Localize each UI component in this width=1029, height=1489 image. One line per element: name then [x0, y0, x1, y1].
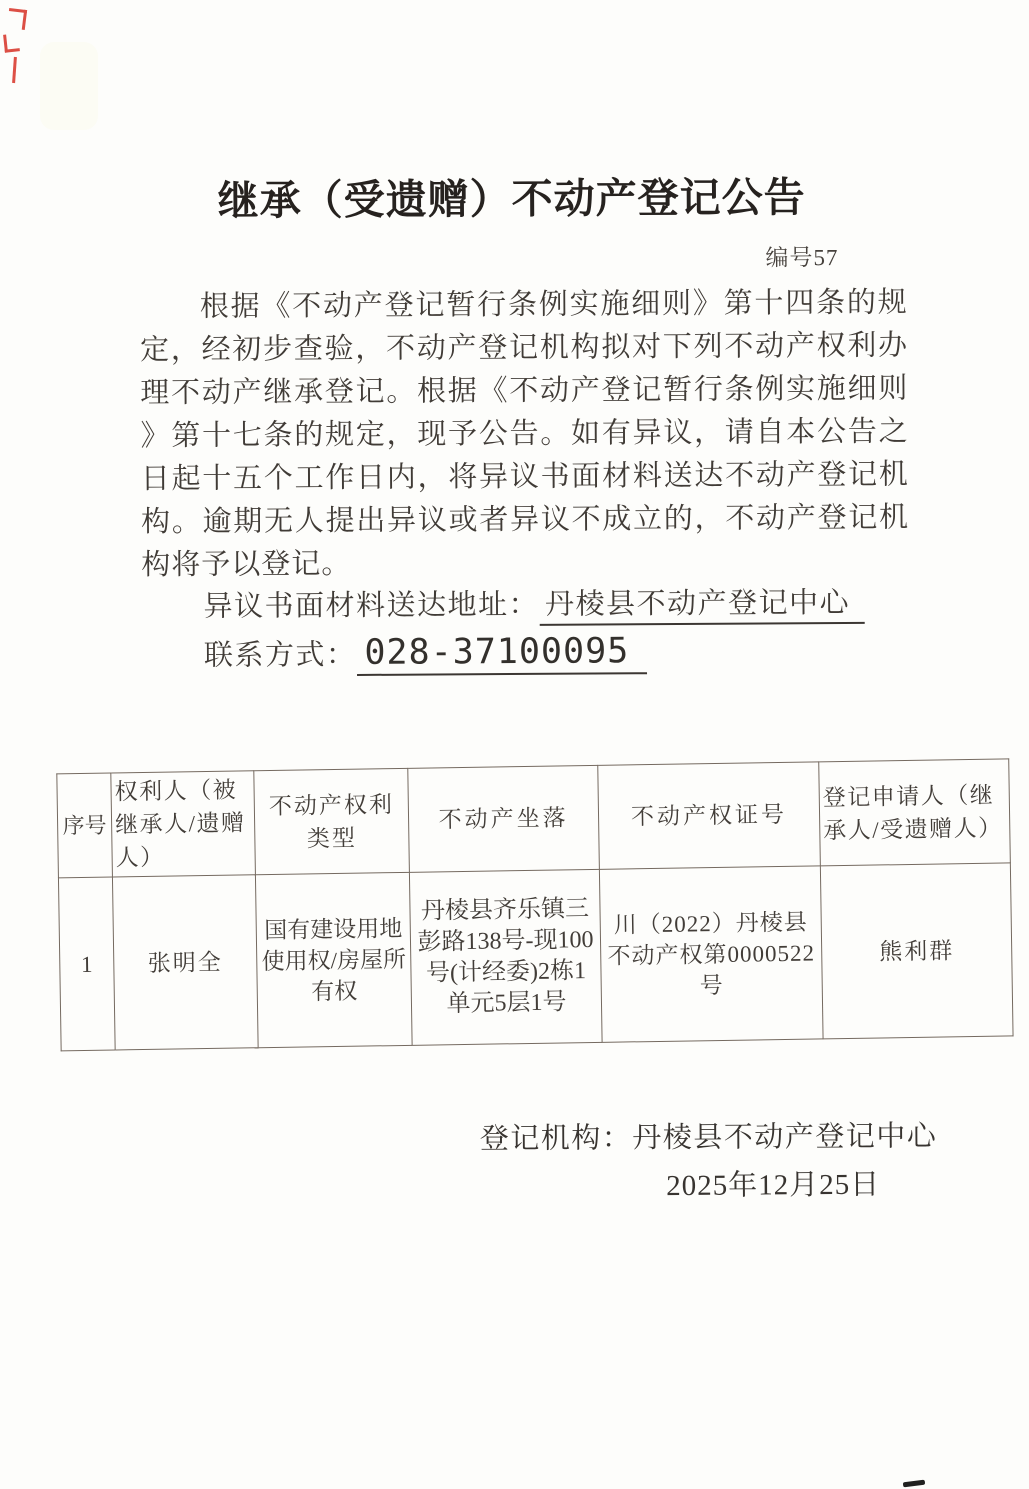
scanned-notice-page: 继承（受遗赠）不动产登记公告 编号57 根据《不动产登记暂行条例实施细则》第十四… [0, 0, 1029, 1489]
cell-location: 丹棱县齐乐镇三彭路138号-现100号(计经委)2栋1单元5层1号 [409, 869, 602, 1045]
registration-org-line: 登记机构：丹棱县不动产登记中心 [480, 1113, 938, 1157]
notice-body: 根据《不动产登记暂行条例实施细则》第十四条的规 定，经初步查验，不动产登记机构拟… [140, 282, 910, 588]
cell-applicant: 熊利群 [820, 863, 1013, 1039]
announcement-date: 2025年12月25日 [666, 1162, 880, 1204]
contact-phone-value: 028-37100095 [356, 631, 647, 676]
contact-line: 联系方式：028-37100095 [142, 630, 648, 674]
cell-cert-no: 川（2022）丹棱县不动产权第0000522号 [599, 866, 823, 1042]
body-line: 根据《不动产登记暂行条例实施细则》第十四条的规 [140, 282, 908, 330]
header-location: 不动产坐落 [408, 765, 600, 872]
objection-address-label: 异议书面材料送达地址： [204, 589, 540, 623]
page-title: 继承（受遗赠）不动产登记公告 [0, 163, 1026, 228]
header-cert-no: 不动产权证号 [598, 762, 821, 869]
header-applicant: 登记申请人（继承人/受遗赠人） [819, 759, 1011, 866]
doc-number: 编号57 [765, 239, 838, 272]
cell-holder: 张明全 [112, 875, 258, 1050]
body-line: 理不动产继承登记。根据《不动产登记暂行条例实施细则 [140, 368, 908, 416]
header-holder: 权利人（被继承人/遗赠人） [111, 771, 256, 877]
body-line: 》第十七条的规定，现予公告。如有异议，请自本公告之 [140, 411, 908, 459]
body-line: 定，经初步查验，不动产登记机构拟对下列不动产权利办 [140, 325, 908, 373]
table-header-row: 序号 权利人（被继承人/遗赠人） 不动产权利类型 不动产坐落 不动产权证号 登记… [57, 759, 1011, 878]
objection-address-line: 异议书面材料送达地址：丹棱县不动产登记中心 [141, 580, 864, 625]
header-seq: 序号 [57, 773, 113, 878]
body-line: 构。逾期无人提出异议或者异议不成立的，不动产登记机 [141, 497, 909, 545]
cell-seq: 1 [58, 877, 115, 1051]
objection-address-value: 丹棱县不动产登记中心 [539, 587, 864, 626]
cell-right-type: 国有建设用地使用权/房屋所有权 [255, 872, 412, 1047]
document-content: 继承（受遗赠）不动产登记公告 编号57 根据《不动产登记暂行条例实施细则》第十四… [0, 0, 1029, 1489]
table-row: 1 张明全 国有建设用地使用权/房屋所有权 丹棱县齐乐镇三彭路138号-现100… [58, 863, 1013, 1051]
header-right-type: 不动产权利类型 [254, 768, 410, 874]
contact-label: 联系方式： [204, 639, 357, 672]
body-line: 日起十五个工作日内，将异议书面材料送达不动产登记机 [141, 454, 909, 502]
registration-table: 序号 权利人（被继承人/遗赠人） 不动产权利类型 不动产坐落 不动产权证号 登记… [56, 758, 1013, 1051]
